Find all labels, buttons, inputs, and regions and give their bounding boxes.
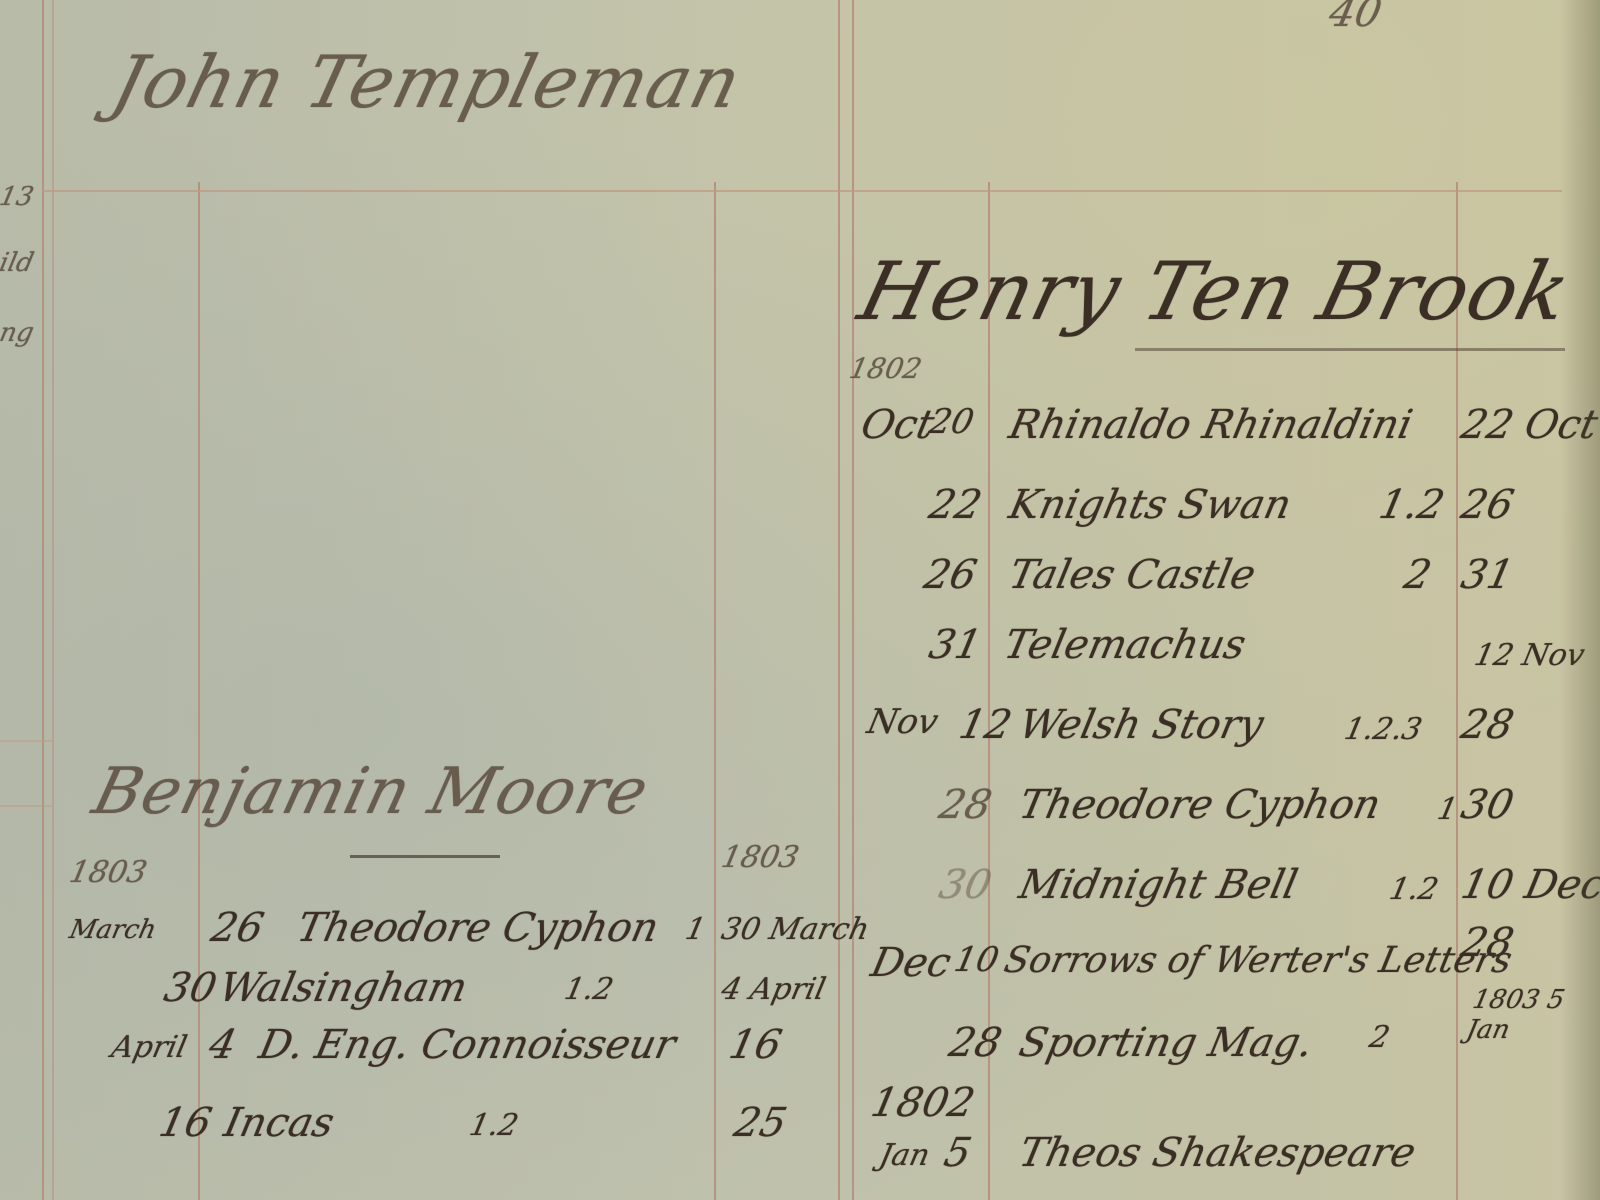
account-heading-left: John Templeman	[105, 40, 750, 124]
entry-day: 30	[935, 862, 996, 908]
page-mark: 40	[1325, 0, 1386, 36]
entry-day: 20	[926, 402, 978, 442]
entry-year: 1802	[867, 1080, 979, 1126]
rule-header	[42, 190, 1562, 192]
entry-return: 30	[1457, 782, 1518, 828]
rule-date-col-left	[198, 182, 200, 1200]
margin-fragment: ild	[0, 248, 36, 278]
rule-amount-col-left	[714, 182, 716, 1200]
entry-title: D. Eng. Connoisseur	[255, 1022, 680, 1068]
entry-return: 26	[1457, 482, 1518, 528]
entry-day: 26	[920, 552, 981, 598]
margin-fragment: ng	[0, 318, 37, 348]
entry-title: Sorrows of Werter's Letters	[1001, 940, 1516, 981]
entry-return: 4 April	[718, 972, 828, 1007]
entry-title: Theos Shakespeare	[1015, 1130, 1420, 1176]
entry-return: 28	[1457, 920, 1518, 966]
heading-underline-right	[1135, 348, 1565, 351]
account-heading-right: Henry Ten Brook	[850, 245, 1579, 338]
entry-title: Incas	[220, 1100, 338, 1146]
entry-vols: 1.2	[561, 972, 616, 1007]
subaccount-underline	[350, 855, 500, 858]
entry-day: 31	[925, 622, 986, 668]
entry-vols: 1.2	[466, 1108, 521, 1143]
subaccount-year-left: 1803	[66, 855, 150, 890]
entry-title: Knights Swan	[1005, 482, 1295, 528]
entry-vols: 2	[1400, 552, 1435, 598]
entry-vols: 1.2	[1386, 872, 1441, 907]
entry-return: 28	[1457, 702, 1518, 748]
entry-vols: 1	[682, 912, 709, 947]
entry-vols: 1.2	[1375, 482, 1448, 528]
entry-day: 10	[951, 940, 1003, 980]
subaccount-heading: Benjamin Moore	[86, 755, 656, 829]
entry-title: Midnight Bell	[1015, 862, 1301, 908]
rule-left-fragment-1	[0, 740, 52, 742]
entry-day: 16	[155, 1100, 216, 1146]
entry-title: Sporting Mag.	[1015, 1020, 1317, 1066]
subaccount-year-right: 1803	[718, 840, 802, 875]
rule-margin-left	[42, 0, 44, 1200]
entry-title: Theodore Cyphon	[1015, 782, 1385, 828]
entry-return: 31	[1457, 552, 1518, 598]
page-edge-shadow	[1560, 0, 1600, 1200]
entry-day: 26	[207, 905, 268, 951]
entry-return: 30 March	[718, 912, 872, 947]
entry-title: Rhinaldo Rhinaldini	[1005, 402, 1416, 448]
entry-month: Nov	[864, 702, 942, 742]
entry-day: 28	[935, 782, 996, 828]
entry-vols: 2	[1366, 1020, 1393, 1055]
entry-day: 28	[945, 1020, 1006, 1066]
entry-title: Welsh Story	[1015, 702, 1267, 748]
entry-title: Walsingham	[215, 965, 471, 1011]
rule-center-2	[852, 0, 854, 1200]
entry-month: Dec	[867, 940, 955, 986]
entry-month: March	[67, 915, 159, 945]
entry-title: Theodore Cyphon	[293, 905, 663, 951]
entry-day: 22	[925, 482, 986, 528]
entry-day: 30	[160, 965, 221, 1011]
entry-month: Jan	[876, 1138, 933, 1173]
entry-title: Tales Castle	[1005, 552, 1259, 598]
entry-title: Telemachus	[1000, 622, 1250, 668]
ledger-page: 40 13 ild ng John Templeman Benjamin Moo…	[0, 0, 1600, 1200]
entry-vols: 1.2.3	[1341, 712, 1425, 747]
entry-day: 5	[940, 1130, 975, 1176]
entry-return: 16	[725, 1022, 786, 1068]
entry-day: 12	[955, 702, 1016, 748]
rule-center-1	[838, 0, 840, 1200]
year-label-right: 1802	[846, 352, 924, 385]
margin-fragment: 13	[0, 182, 36, 212]
rule-margin-left-2	[52, 0, 54, 1200]
rule-left-fragment-2	[0, 805, 52, 807]
entry-month: April	[108, 1030, 190, 1065]
entry-day: 4	[205, 1022, 240, 1068]
entry-return: 25	[730, 1100, 791, 1146]
